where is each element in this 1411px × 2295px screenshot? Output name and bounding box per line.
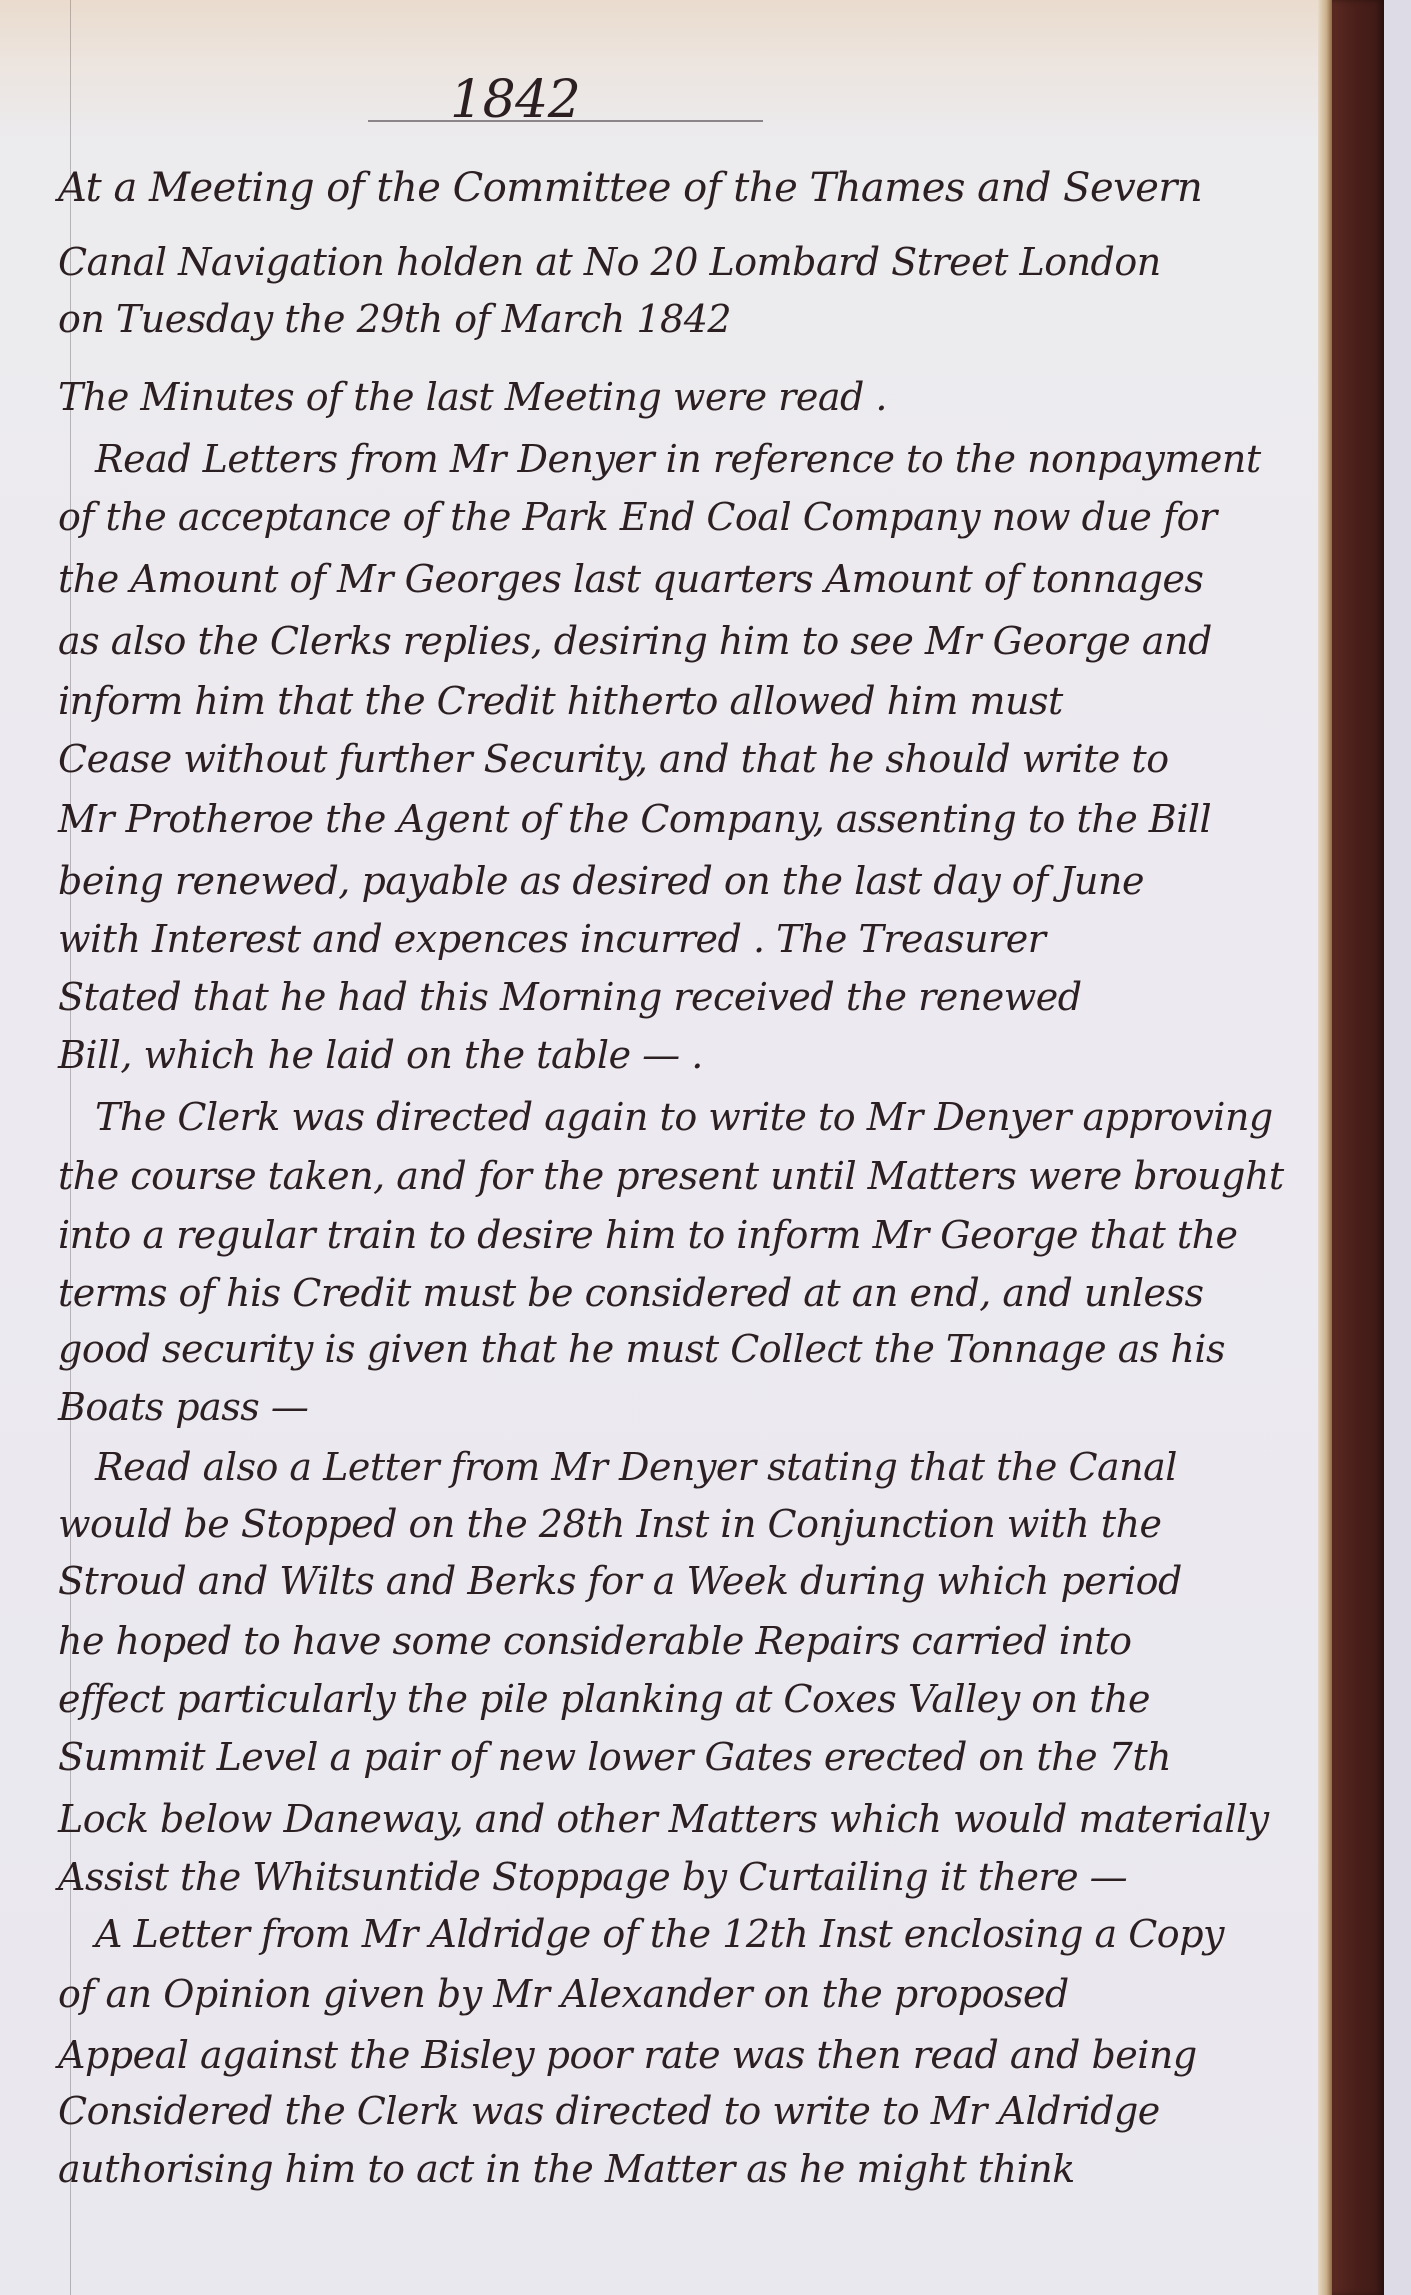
text-line: into a regular train to desire him to in… (58, 1216, 1238, 1254)
text-line: Appeal against the Bisley poor rate was … (58, 2036, 1197, 2074)
text-line: Read Letters from Mr Denyer in reference… (95, 440, 1261, 478)
page-edge (1318, 0, 1332, 2295)
text-line: inform him that the Credit hitherto allo… (58, 682, 1063, 720)
text-line: he hoped to have some considerable Repai… (58, 1622, 1132, 1660)
text-line: terms of his Credit must be considered a… (58, 1274, 1204, 1312)
year-underline (368, 120, 763, 122)
manuscript-page: 1842 At a Meeting of the Committee of th… (0, 0, 1322, 2295)
text-line: Summit Level a pair of new lower Gates e… (58, 1738, 1171, 1776)
text-line: good security is given that he must Coll… (58, 1330, 1225, 1368)
text-line: being renewed, payable as desired on the… (58, 862, 1144, 900)
background (1384, 0, 1411, 2295)
text-line: Lock below Daneway, and other Matters wh… (58, 1800, 1269, 1838)
text-line: authorising him to act in the Matter as … (58, 2150, 1075, 2188)
text-line: effect particularly the pile planking at… (58, 1680, 1150, 1718)
text-line: At a Meeting of the Committee of the Tha… (58, 168, 1202, 208)
margin-rule (70, 0, 71, 2295)
text-line: Read also a Letter from Mr Denyer statin… (95, 1448, 1177, 1486)
text-line: Cease without further Security, and that… (58, 740, 1169, 778)
text-line: the Amount of Mr Georges last quarters A… (58, 560, 1203, 598)
text-line: on Tuesday the 29th of March 1842 (58, 300, 731, 338)
text-line: The Minutes of the last Meeting were rea… (58, 378, 887, 416)
text-line: Considered the Clerk was directed to wri… (58, 2092, 1160, 2130)
text-line: The Clerk was directed again to write to… (95, 1098, 1273, 1136)
text-line: Assist the Whitsuntide Stoppage by Curta… (58, 1858, 1127, 1896)
text-line: of an Opinion given by Mr Alexander on t… (58, 1975, 1069, 2013)
book-binding (1332, 0, 1384, 2295)
text-line: Canal Navigation holden at No 20 Lombard… (58, 243, 1161, 281)
text-line: Stroud and Wilts and Berks for a Week du… (58, 1562, 1182, 1600)
text-line: A Letter from Mr Aldridge of the 12th In… (95, 1915, 1224, 1953)
text-line: of the acceptance of the Park End Coal C… (58, 498, 1217, 536)
text-line: Boats pass — (58, 1388, 308, 1426)
text-line: Bill, which he laid on the table — . (58, 1036, 703, 1074)
text-line: with Interest and expences incurred . Th… (58, 920, 1045, 958)
text-line: as also the Clerks replies, desiring him… (58, 622, 1212, 660)
text-line: Mr Protheroe the Agent of the Company, a… (58, 800, 1211, 838)
text-line: Stated that he had this Morning received… (58, 978, 1082, 1016)
text-line: the course taken, and for the present un… (58, 1157, 1284, 1195)
text-line: would be Stopped on the 28th Inst in Con… (58, 1505, 1162, 1543)
